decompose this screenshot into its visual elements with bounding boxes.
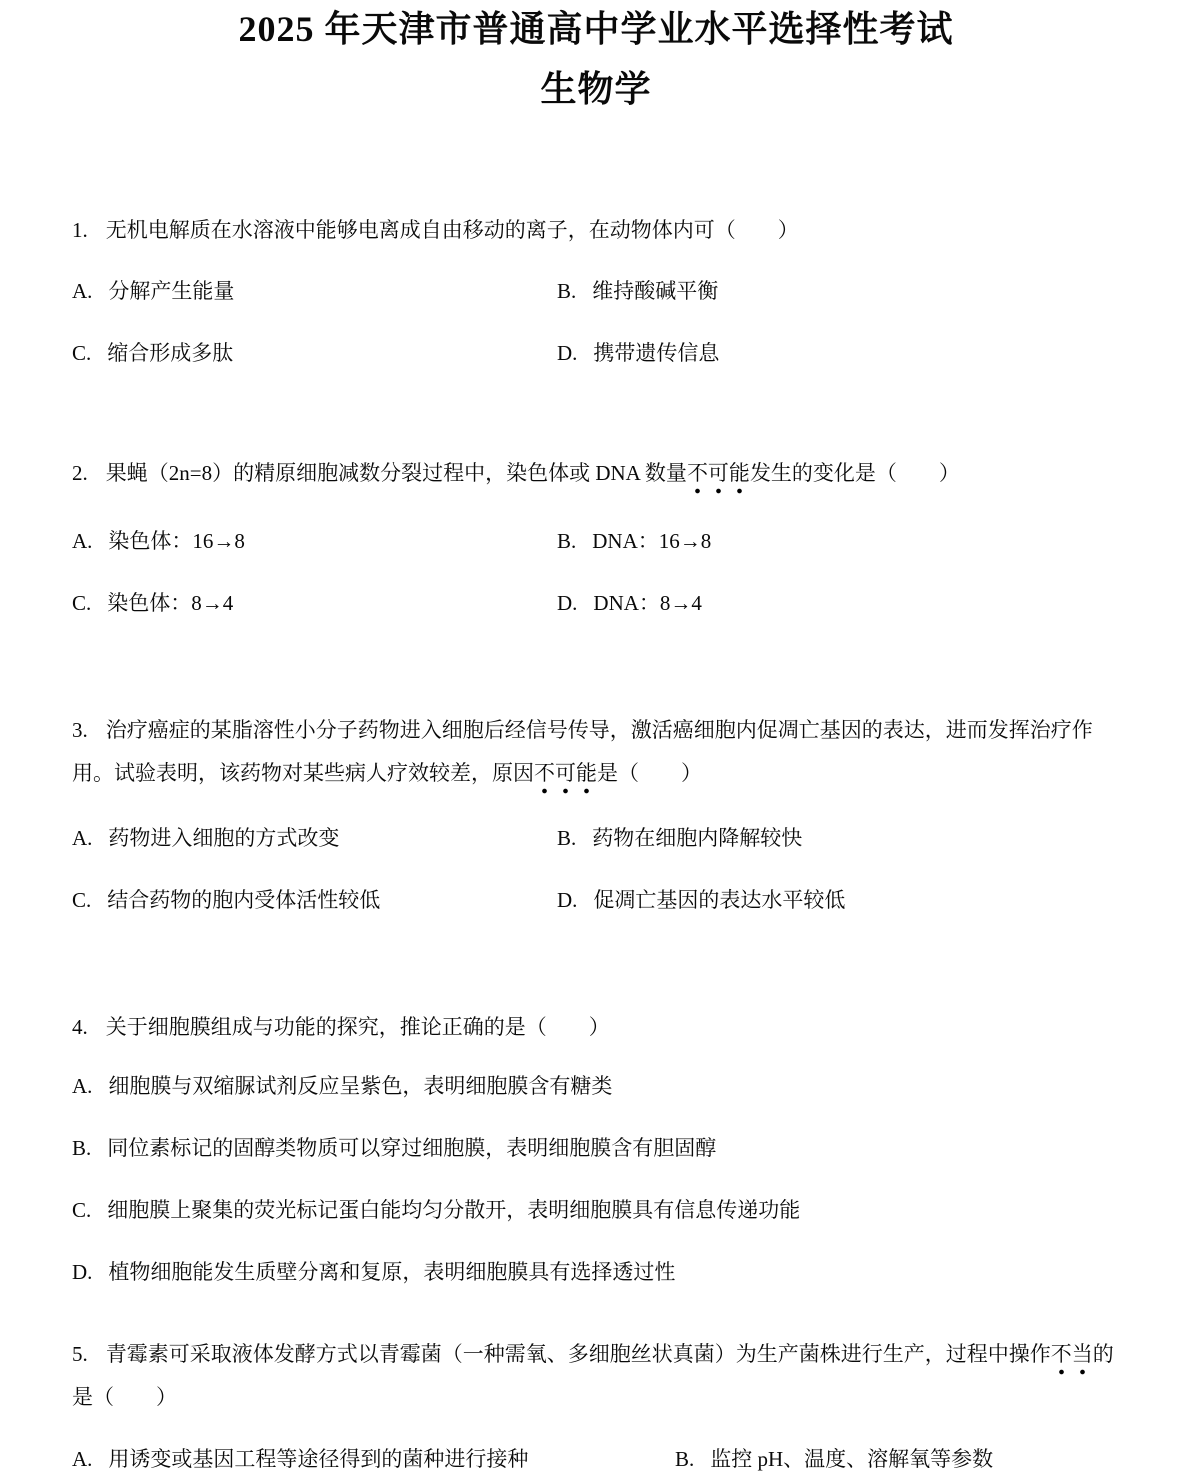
option-text: 维持酸碱平衡 xyxy=(592,279,718,303)
option-text: DNA：16→8 xyxy=(592,529,711,553)
option-item: B.DNA：16→8 xyxy=(557,520,1120,563)
question-block: 3.治疗癌症的某脂溶性小分子药物进入细胞后经信号传导，激活癌细胞内促凋亡基因的表… xyxy=(72,709,1120,922)
option-label: B. xyxy=(557,279,576,303)
stem-text-segment: 无机电解质在水溶液中能够电离成自由移动的离子，在动物体内可（ ） xyxy=(106,218,799,242)
question-list: 1.无机电解质在水溶液中能够电离成自由移动的离子，在动物体内可（ ） A.分解产… xyxy=(72,209,1120,1478)
option-text: 缩合形成多肽 xyxy=(107,341,233,365)
option-text: 植物细胞能发生质壁分离和复原，表明细胞膜具有选择透过性 xyxy=(108,1260,675,1284)
exam-page: 2025 年天津市普通高中学业水平选择性考试 生物学 1.无机电解质在水溶液中能… xyxy=(0,0,1190,1478)
option-text: 细胞膜上聚集的荧光标记蛋白能均匀分散开，表明细胞膜具有信息传递功能 xyxy=(107,1198,800,1222)
option-item: D.促凋亡基因的表达水平较低 xyxy=(557,879,1120,922)
stem-emphasized-text: 不当 xyxy=(1051,1342,1093,1375)
option-text: DNA：8→4 xyxy=(593,591,702,615)
options-grid: A.药物进入细胞的方式改变 B.药物在细胞内降解较快 C.结合药物的胞内受体活性… xyxy=(72,817,1120,922)
stem-text-segment: 果蝇（2n=8）的精原细胞减数分裂过程中，染色体或 DNA 数量 xyxy=(106,461,687,485)
option-label: C. xyxy=(72,1198,91,1222)
option-label: A. xyxy=(72,1074,92,1098)
question-stem: 2.果蝇（2n=8）的精原细胞减数分裂过程中，染色体或 DNA 数量不可能发生的… xyxy=(72,452,1120,495)
option-text: 染色体：16→8 xyxy=(108,529,245,553)
question-stem-text: 关于细胞膜组成与功能的探究，推论正确的是（ ） xyxy=(106,1015,610,1039)
option-item: B.药物在细胞内降解较快 xyxy=(557,817,1120,860)
stem-text-segment: 关于细胞膜组成与功能的探究，推论正确的是（ ） xyxy=(106,1015,610,1039)
stem-text-segment: 发生的变化是（ ） xyxy=(750,461,960,485)
option-item: C.缩合形成多肽 xyxy=(72,332,557,375)
option-text: 染色体：8→4 xyxy=(107,591,233,615)
option-item: C.染色体：8→4 xyxy=(72,582,557,625)
option-item: A.分解产生能量 xyxy=(72,270,557,313)
option-label: B. xyxy=(557,826,576,850)
options-grid: A.用诱变或基因工程等途径得到的菌种进行接种 B.监控 pH、温度、溶解氧等参数 xyxy=(72,1438,1120,1478)
stem-emphasized-text: 不可能 xyxy=(534,761,597,794)
question-stem-text: 无机电解质在水溶液中能够电离成自由移动的离子，在动物体内可（ ） xyxy=(106,218,799,242)
option-item: C.细胞膜上聚集的荧光标记蛋白能均匀分散开，表明细胞膜具有信息传递功能 xyxy=(72,1189,1120,1232)
option-label: B. xyxy=(557,529,576,553)
option-item: A.药物进入细胞的方式改变 xyxy=(72,817,557,860)
question-block: 4.关于细胞膜组成与功能的探究，推论正确的是（ ） A.细胞膜与双缩脲试剂反应呈… xyxy=(72,1006,1120,1294)
option-text: 同位素标记的固醇类物质可以穿过细胞膜，表明细胞膜含有胆固醇 xyxy=(107,1136,716,1160)
option-text: 药物在细胞内降解较快 xyxy=(592,826,802,850)
option-text: 监控 pH、温度、溶解氧等参数 xyxy=(710,1447,993,1471)
option-item: A.染色体：16→8 xyxy=(72,520,557,563)
question-block: 2.果蝇（2n=8）的精原细胞减数分裂过程中，染色体或 DNA 数量不可能发生的… xyxy=(72,452,1120,625)
option-label: A. xyxy=(72,279,92,303)
option-label: A. xyxy=(72,1447,92,1471)
option-item: D.DNA：8→4 xyxy=(557,582,1120,625)
option-text: 携带遗传信息 xyxy=(593,341,719,365)
question-number: 2. xyxy=(72,461,88,485)
question-stem: 4.关于细胞膜组成与功能的探究，推论正确的是（ ） xyxy=(72,1006,1120,1049)
option-label: D. xyxy=(557,591,577,615)
option-text: 药物进入细胞的方式改变 xyxy=(108,826,339,850)
option-item: B.维持酸碱平衡 xyxy=(557,270,1120,313)
option-label: C. xyxy=(72,591,91,615)
option-label: C. xyxy=(72,341,91,365)
option-label: C. xyxy=(72,888,91,912)
exam-title-line1: 2025 年天津市普通高中学业水平选择性考试 xyxy=(72,6,1120,52)
option-text: 用诱变或基因工程等途径得到的菌种进行接种 xyxy=(108,1447,528,1471)
option-item: D.植物细胞能发生质壁分离和复原，表明细胞膜具有选择透过性 xyxy=(72,1251,1120,1294)
option-item: B.监控 pH、温度、溶解氧等参数 xyxy=(675,1438,1120,1478)
option-label: D. xyxy=(557,341,577,365)
option-label: D. xyxy=(557,888,577,912)
option-text: 分解产生能量 xyxy=(108,279,234,303)
options-grid: A.分解产生能量 B.维持酸碱平衡 C.缩合形成多肽 D.携带遗传信息 xyxy=(72,270,1120,375)
question-number: 3. xyxy=(72,718,88,742)
option-item: B.同位素标记的固醇类物质可以穿过细胞膜，表明细胞膜含有胆固醇 xyxy=(72,1127,1120,1170)
option-label: B. xyxy=(675,1447,694,1471)
option-text: 结合药物的胞内受体活性较低 xyxy=(107,888,380,912)
option-item: C.结合药物的胞内受体活性较低 xyxy=(72,879,557,922)
option-label: D. xyxy=(72,1260,92,1284)
stem-emphasized-text: 不可能 xyxy=(687,461,750,494)
option-item: A.细胞膜与双缩脲试剂反应呈紫色，表明细胞膜含有糖类 xyxy=(72,1065,1120,1108)
option-item: D.携带遗传信息 xyxy=(557,332,1120,375)
question-block: 1.无机电解质在水溶液中能够电离成自由移动的离子，在动物体内可（ ） A.分解产… xyxy=(72,209,1120,375)
option-label: B. xyxy=(72,1136,91,1160)
question-stem-text: 治疗癌症的某脂溶性小分子药物进入细胞后经信号传导，激活癌细胞内促凋亡基因的表达，… xyxy=(72,718,1093,794)
question-number: 5. xyxy=(72,1342,88,1366)
question-stem-text: 青霉素可采取液体发酵方式以青霉菌（一种需氧、多细胞丝状真菌）为生产菌株进行生产，… xyxy=(72,1342,1114,1409)
question-stem-text: 果蝇（2n=8）的精原细胞减数分裂过程中，染色体或 DNA 数量不可能发生的变化… xyxy=(106,461,960,494)
stem-text-segment: 青霉素可采取液体发酵方式以青霉菌（一种需氧、多细胞丝状真菌）为生产菌株进行生产，… xyxy=(106,1342,1051,1366)
question-stem: 3.治疗癌症的某脂溶性小分子药物进入细胞后经信号传导，激活癌细胞内促凋亡基因的表… xyxy=(72,709,1120,795)
question-stem: 1.无机电解质在水溶液中能够电离成自由移动的离子，在动物体内可（ ） xyxy=(72,209,1120,252)
options-grid: A.染色体：16→8 B.DNA：16→8 C.染色体：8→4 D.DNA：8→… xyxy=(72,520,1120,625)
options-grid: A.细胞膜与双缩脲试剂反应呈紫色，表明细胞膜含有糖类 B.同位素标记的固醇类物质… xyxy=(72,1065,1120,1294)
stem-text-segment: 是（ ） xyxy=(597,761,702,785)
question-number: 1. xyxy=(72,218,88,242)
option-label: A. xyxy=(72,826,92,850)
option-text: 促凋亡基因的表达水平较低 xyxy=(593,888,845,912)
question-block: 5.青霉素可采取液体发酵方式以青霉菌（一种需氧、多细胞丝状真菌）为生产菌株进行生… xyxy=(72,1333,1120,1478)
question-stem: 5.青霉素可采取液体发酵方式以青霉菌（一种需氧、多细胞丝状真菌）为生产菌株进行生… xyxy=(72,1333,1120,1419)
option-text: 细胞膜与双缩脲试剂反应呈紫色，表明细胞膜含有糖类 xyxy=(108,1074,612,1098)
option-item: A.用诱变或基因工程等途径得到的菌种进行接种 xyxy=(72,1438,675,1478)
option-label: A. xyxy=(72,529,92,553)
exam-title-line2: 生物学 xyxy=(72,66,1120,112)
question-number: 4. xyxy=(72,1015,88,1039)
